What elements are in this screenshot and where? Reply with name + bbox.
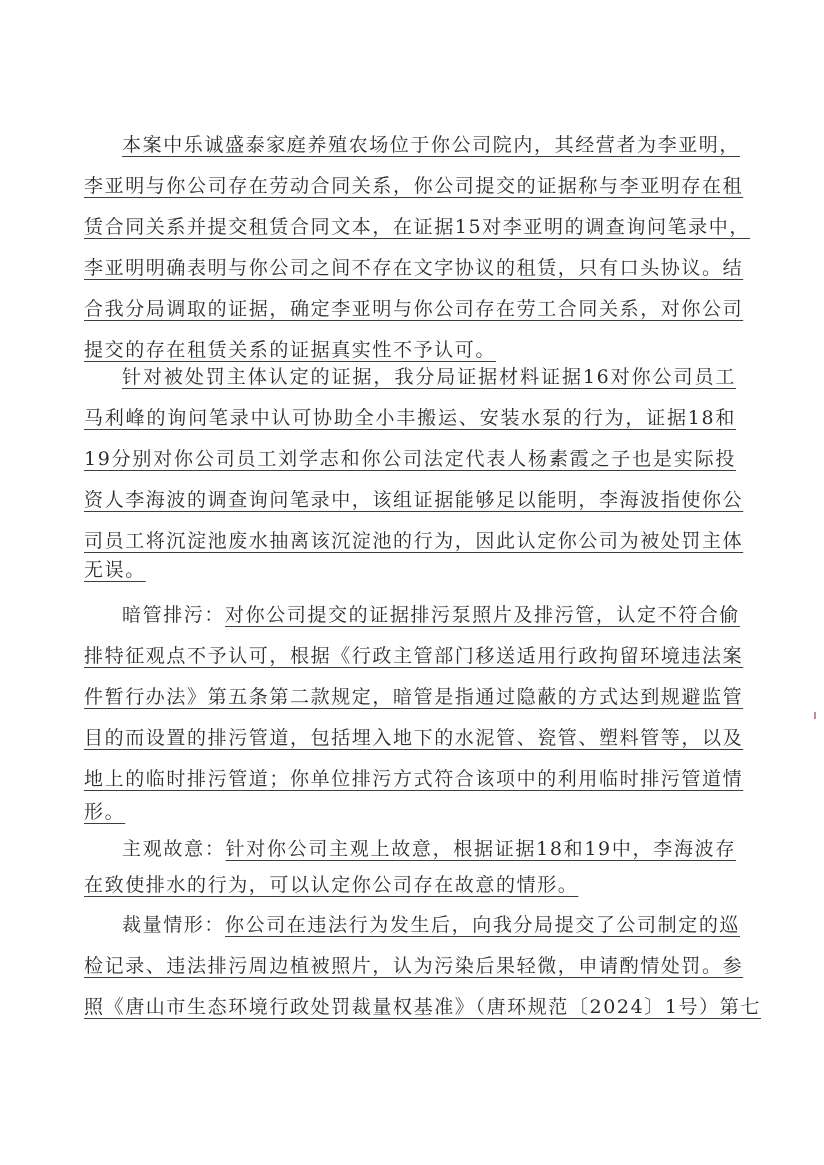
underlined-text: 针对被处罚主体认定的证据，我分局证据材料证据16对你公司员工	[122, 366, 736, 388]
underlined-text: 提交的存在租赁关系的证据真实性不予认可。	[84, 339, 496, 361]
underlined-text: 本案中乐诚盛泰家庭养殖农场位于你公司院内，其经营者为李亚明，	[122, 134, 740, 156]
text-line: 地上的临时排污管道；你单位排污方式符合该项中的利用临时排污管道情	[84, 764, 736, 794]
text-line: 目的而设置的排污管道，包括埋入地下的水泥管、瓷管、塑料管等，以及	[84, 723, 736, 753]
text-line: 在致使排水的行为，可以认定你公司存在故意的情形。	[84, 870, 736, 900]
underlined-text: 检记录、违法排污周边植被照片，认为污染后果轻微，申请酌情处罚。参	[84, 955, 743, 977]
text-line: 针对被处罚主体认定的证据，我分局证据材料证据16对你公司员工	[122, 362, 736, 392]
text-line: 检记录、违法排污周边植被照片，认为污染后果轻微，申请酌情处罚。参	[84, 951, 736, 981]
text-line: 形。	[84, 797, 736, 827]
document-page: 本案中乐诚盛泰家庭养殖农场位于你公司院内，其经营者为李亚明， 李亚明与你公司存在…	[0, 0, 824, 1165]
underlined-text: 无误。	[84, 559, 146, 581]
text-line: 本案中乐诚盛泰家庭养殖农场位于你公司院内，其经营者为李亚明，	[122, 130, 736, 160]
text-line: 赁合同关系并提交租赁合同文本，在证据15对李亚明的调查询问笔录中，	[84, 212, 736, 242]
text-line: 司员工将沉淀池废水抽离该沉淀池的行为，因此认定你公司为被处罚主体	[84, 526, 736, 556]
text-line: 李亚明与你公司存在劳动合同关系，你公司提交的证据称与李亚明存在租	[84, 171, 736, 201]
text-line: 提交的存在租赁关系的证据真实性不予认可。	[84, 335, 736, 365]
text-line: 马利峰的询问笔录中认可协助全小丰搬运、安装水泵的行为，证据18和	[84, 403, 736, 433]
section-heading: 暗管排污：	[122, 604, 225, 626]
underlined-text: 照《唐山市生态环境行政处罚裁量权基准》（唐环规范〔2024〕1号）第七	[84, 996, 761, 1018]
underlined-text: 资人李海波的调查询问笔录中，该组证据能够足以能明，李海波指使你公	[84, 489, 743, 511]
section-heading: 主观故意：	[122, 838, 226, 860]
text-line: 资人李海波的调查询问笔录中，该组证据能够足以能明，李海波指使你公	[84, 485, 736, 515]
underlined-text: 目的而设置的排污管道，包括埋入地下的水泥管、瓷管、塑料管等，以及	[84, 727, 743, 749]
underlined-text: 19分别对你公司员工刘学志和你公司法定代表人杨素霞之子也是实际投	[84, 448, 736, 470]
section-heading: 裁量情形：	[122, 914, 225, 936]
underlined-text: 合我分局调取的证据，确定李亚明与你公司存在劳工合同关系，对你公司	[84, 298, 743, 320]
text-line: 19分别对你公司员工刘学志和你公司法定代表人杨素霞之子也是实际投	[84, 444, 736, 474]
text-line: 照《唐山市生态环境行政处罚裁量权基准》（唐环规范〔2024〕1号）第七	[84, 992, 736, 1022]
underlined-text: 在致使排水的行为，可以认定你公司存在故意的情形。	[84, 874, 578, 896]
text-line: 李亚明明确表明与你公司之间不存在文字协议的租赁，只有口头协议。结	[84, 253, 736, 283]
margin-mark	[814, 712, 816, 719]
underlined-text: 李亚明明确表明与你公司之间不存在文字协议的租赁，只有口头协议。结	[84, 257, 743, 279]
text-line: 排特征观点不予认可，根据《行政主管部门移送适用行政拘留环境违法案	[84, 641, 736, 671]
underlined-text: 你公司在违法行为发生后，向我分局提交了公司制定的巡	[225, 914, 740, 936]
underlined-text: 赁合同关系并提交租赁合同文本，在证据15对李亚明的调查询问笔录中，	[84, 216, 750, 238]
underlined-text: 司员工将沉淀池废水抽离该沉淀池的行为，因此认定你公司为被处罚主体	[84, 530, 743, 552]
underlined-text: 排特征观点不予认可，根据《行政主管部门移送适用行政拘留环境违法案	[84, 645, 743, 667]
underlined-text: 针对你公司主观上故意，根据证据18和19中，李海波存	[226, 838, 736, 860]
underlined-text: 形。	[84, 801, 125, 823]
text-line: 暗管排污：对你公司提交的证据排污泵照片及排污管，认定不符合偷	[122, 600, 736, 630]
underlined-text: 马利峰的询问笔录中认可协助全小丰搬运、安装水泵的行为，证据18和	[84, 407, 736, 429]
text-line: 件暂行办法》第五条第二款规定，暗管是指通过隐蔽的方式达到规避监管	[84, 682, 736, 712]
text-line: 合我分局调取的证据，确定李亚明与你公司存在劳工合同关系，对你公司	[84, 294, 736, 324]
underlined-text: 地上的临时排污管道；你单位排污方式符合该项中的利用临时排污管道情	[84, 768, 743, 790]
underlined-text: 对你公司提交的证据排污泵照片及排污管，认定不符合偷	[225, 604, 740, 626]
text-line: 无误。	[84, 555, 736, 585]
text-line: 裁量情形：你公司在违法行为发生后，向我分局提交了公司制定的巡	[122, 910, 736, 940]
underlined-text: 件暂行办法》第五条第二款规定，暗管是指通过隐蔽的方式达到规避监管	[84, 686, 743, 708]
text-line: 主观故意：针对你公司主观上故意，根据证据18和19中，李海波存	[122, 834, 736, 864]
underlined-text: 李亚明与你公司存在劳动合同关系，你公司提交的证据称与李亚明存在租	[84, 175, 743, 197]
